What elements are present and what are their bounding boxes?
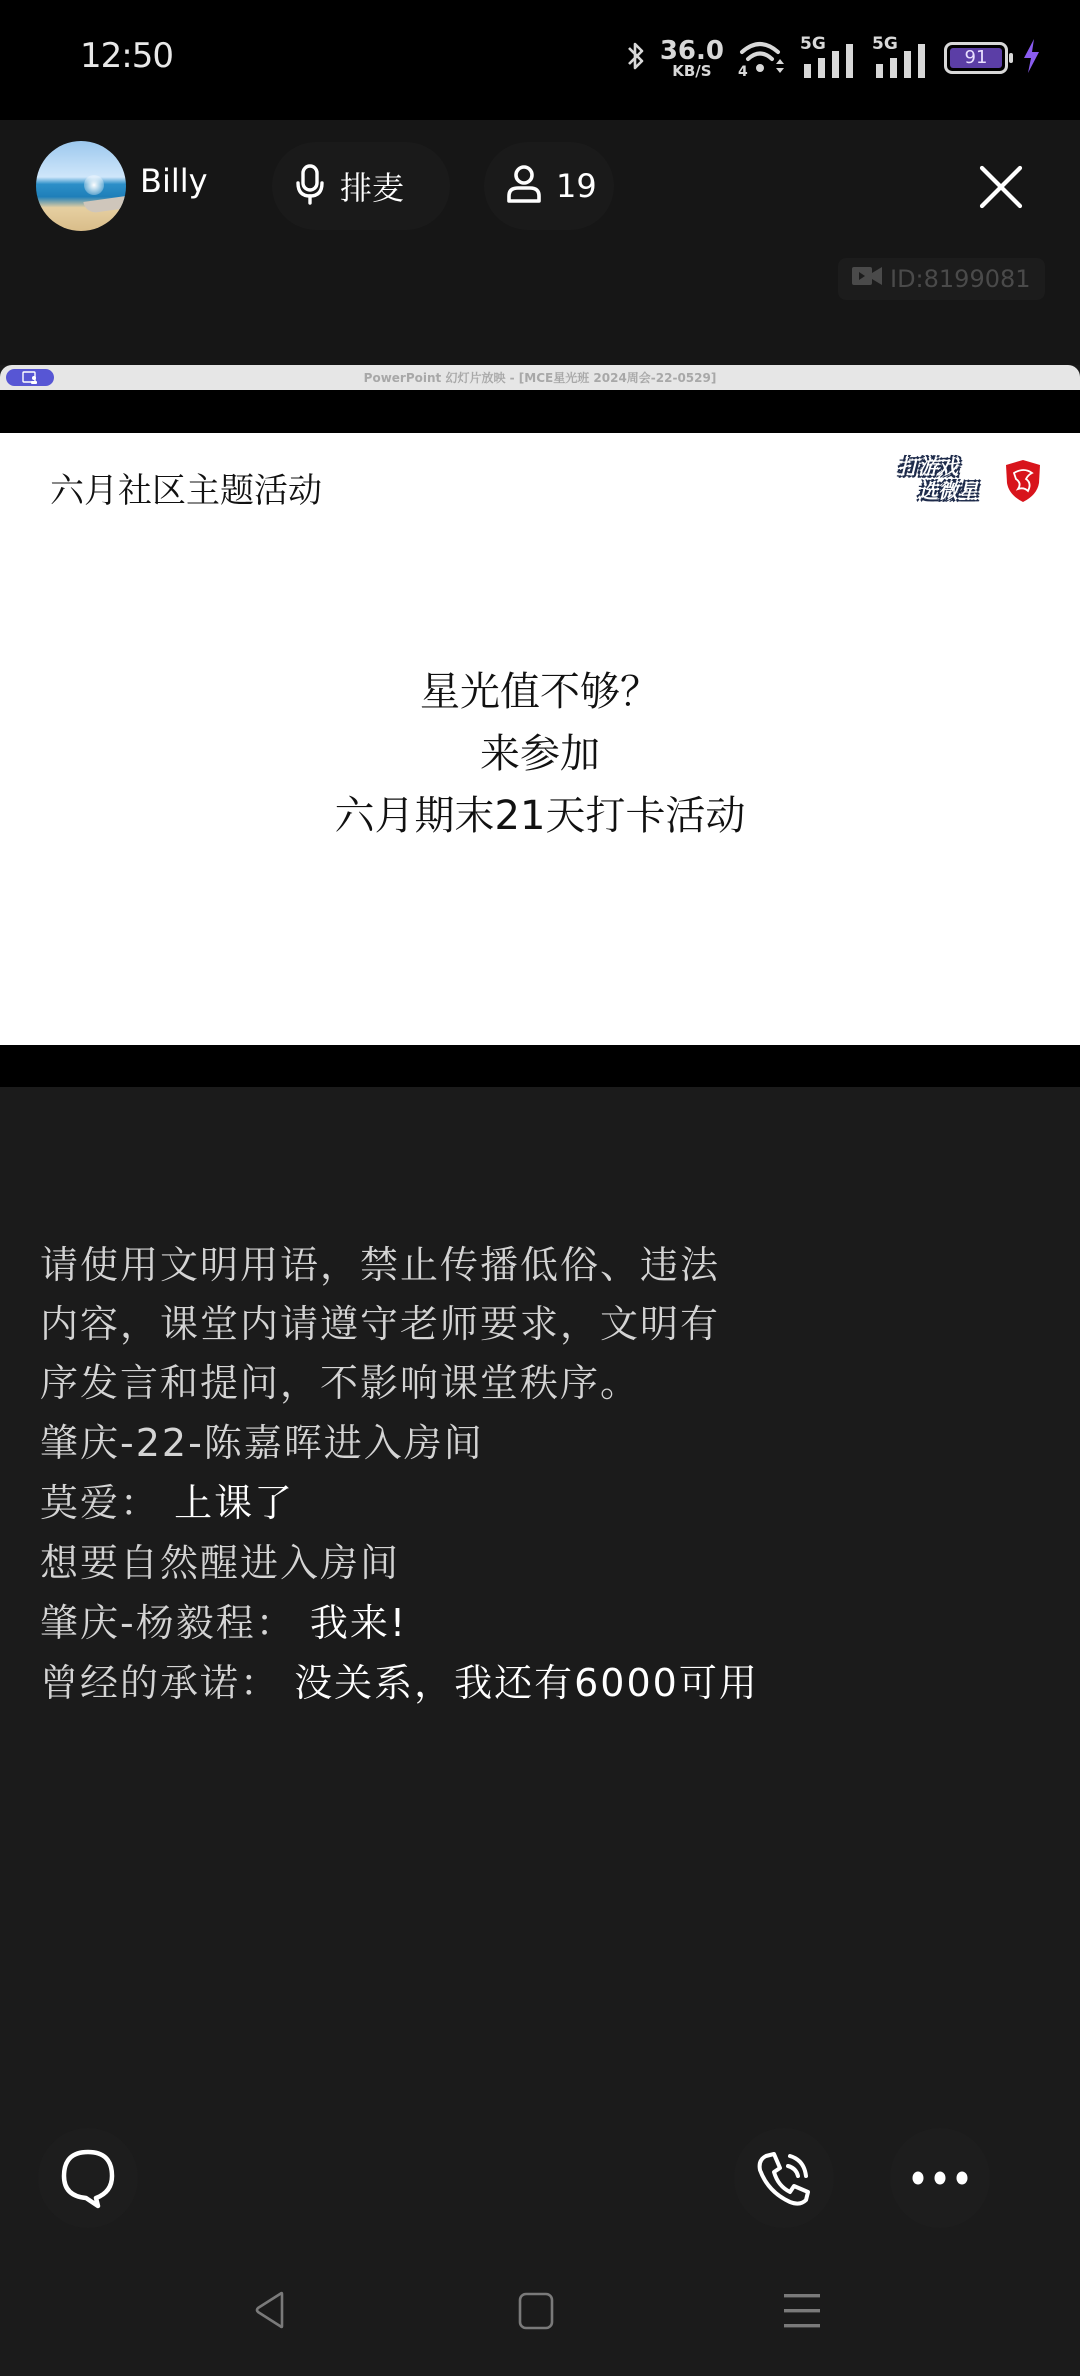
signal-icon: 5G bbox=[800, 38, 858, 78]
room-header: Billy 排麦 19 bbox=[0, 120, 1080, 365]
slide-heading: 六月社区主题活动 bbox=[50, 463, 322, 512]
network-speed: 36.0 KB/S bbox=[660, 38, 724, 79]
sponsor-slogan: 打游戏 选微星 bbox=[898, 455, 978, 503]
chat-bubble-icon bbox=[56, 2146, 120, 2210]
participants-button[interactable]: 19 bbox=[484, 142, 614, 230]
letterbox-top bbox=[0, 390, 1080, 433]
presentation-title-bar: PowerPoint 幻灯片放映 - [MCE星光班 2024周会-22-052… bbox=[0, 365, 1080, 390]
chat-feed: 请使用文明用语，禁止传播低俗、违法 内容，课堂内请遵守老师要求，文明有 序发言和… bbox=[40, 1236, 760, 1713]
chat-sender: 莫爱： bbox=[40, 1481, 160, 1525]
close-icon bbox=[976, 162, 1026, 212]
chat-message: 肇庆-22-陈嘉晖进入房间 bbox=[40, 1413, 760, 1473]
slide-body-line: 六月期末21天打卡活动 bbox=[0, 785, 1080, 847]
chat-text: 没关系，我还有6000可用 bbox=[294, 1661, 759, 1705]
avatar-sun bbox=[84, 175, 104, 195]
mic-queue-label: 排麦 bbox=[340, 163, 404, 209]
close-button[interactable] bbox=[976, 162, 1026, 212]
nav-home-button[interactable] bbox=[496, 2270, 576, 2350]
avatar-boat bbox=[83, 196, 126, 214]
nav-recents-button[interactable] bbox=[762, 2270, 842, 2350]
back-triangle-icon bbox=[250, 2290, 290, 2330]
microphone-icon bbox=[294, 163, 326, 209]
letterbox-bottom bbox=[0, 1045, 1080, 1087]
recents-menu-icon bbox=[782, 2290, 822, 2330]
status-time: 12:50 bbox=[80, 36, 173, 76]
chat-sender: 肇庆-杨毅程： bbox=[40, 1601, 296, 1645]
presentation-slide: 六月社区主题活动 打游戏 选微星 星光值不够？ 来参加 六月期末21天打卡活动 bbox=[0, 433, 1080, 1045]
room-id-badge: ID:8199081 bbox=[838, 258, 1045, 300]
phone-call-icon bbox=[752, 2146, 816, 2210]
more-options-button[interactable] bbox=[890, 2128, 990, 2228]
chat-message: 想要自然醒进入房间 bbox=[40, 1533, 760, 1593]
more-dots-icon bbox=[910, 2168, 970, 2188]
nav-back-button[interactable] bbox=[230, 2270, 310, 2350]
chat-message: 曾经的承诺： 没关系，我还有6000可用 bbox=[40, 1653, 760, 1713]
battery-icon: 91 bbox=[944, 42, 1008, 74]
msi-dragon-shield-icon bbox=[1004, 459, 1042, 503]
bluetooth-icon bbox=[626, 39, 646, 77]
slide-body: 星光值不够？ 来参加 六月期末21天打卡活动 bbox=[0, 661, 1080, 847]
chat-message: 肇庆-杨毅程： 我来! bbox=[40, 1593, 760, 1653]
presentation-window-title: PowerPoint 幻灯片放映 - [MCE星光班 2024周会-22-052… bbox=[0, 369, 1080, 386]
chat-text: 我来! bbox=[310, 1601, 407, 1645]
video-camera-icon bbox=[852, 265, 882, 293]
person-icon bbox=[506, 164, 542, 208]
host-name[interactable]: Billy bbox=[140, 162, 208, 200]
status-bar: 12:50 36.0 KB/S 4 5G 5G bbox=[0, 0, 1080, 120]
sponsor-logo: 打游戏 选微星 bbox=[898, 455, 1046, 511]
home-square-icon bbox=[516, 2290, 556, 2330]
svg-text:4: 4 bbox=[738, 64, 748, 78]
chat-text: 上课了 bbox=[174, 1481, 294, 1525]
slide-body-line: 来参加 bbox=[0, 723, 1080, 785]
system-nav-bar bbox=[0, 2270, 1080, 2376]
chat-sender: 肇庆-22-陈嘉晖进入房间 bbox=[40, 1421, 484, 1465]
status-icons: 36.0 KB/S 4 5G 5G 91 bbox=[626, 38, 1040, 78]
participant-count: 19 bbox=[556, 167, 597, 205]
charging-bolt-icon bbox=[1022, 39, 1040, 77]
voice-call-button[interactable] bbox=[734, 2128, 834, 2228]
signal-icon: 5G bbox=[872, 38, 930, 78]
avatar[interactable] bbox=[36, 141, 126, 231]
mic-queue-button[interactable]: 排麦 bbox=[272, 142, 450, 230]
chat-sender: 曾经的承诺： bbox=[40, 1661, 280, 1705]
room-id-text: ID:8199081 bbox=[890, 265, 1031, 293]
wifi-icon: 4 bbox=[738, 38, 786, 78]
chat-sender: 想要自然醒进入房间 bbox=[40, 1541, 400, 1585]
chat-button[interactable] bbox=[38, 2128, 138, 2228]
slide-body-line: 星光值不够？ bbox=[0, 661, 1080, 723]
chat-message: 莫爱： 上课了 bbox=[40, 1473, 760, 1533]
chat-notice: 请使用文明用语，禁止传播低俗、违法 内容，课堂内请遵守老师要求，文明有 序发言和… bbox=[40, 1236, 760, 1413]
